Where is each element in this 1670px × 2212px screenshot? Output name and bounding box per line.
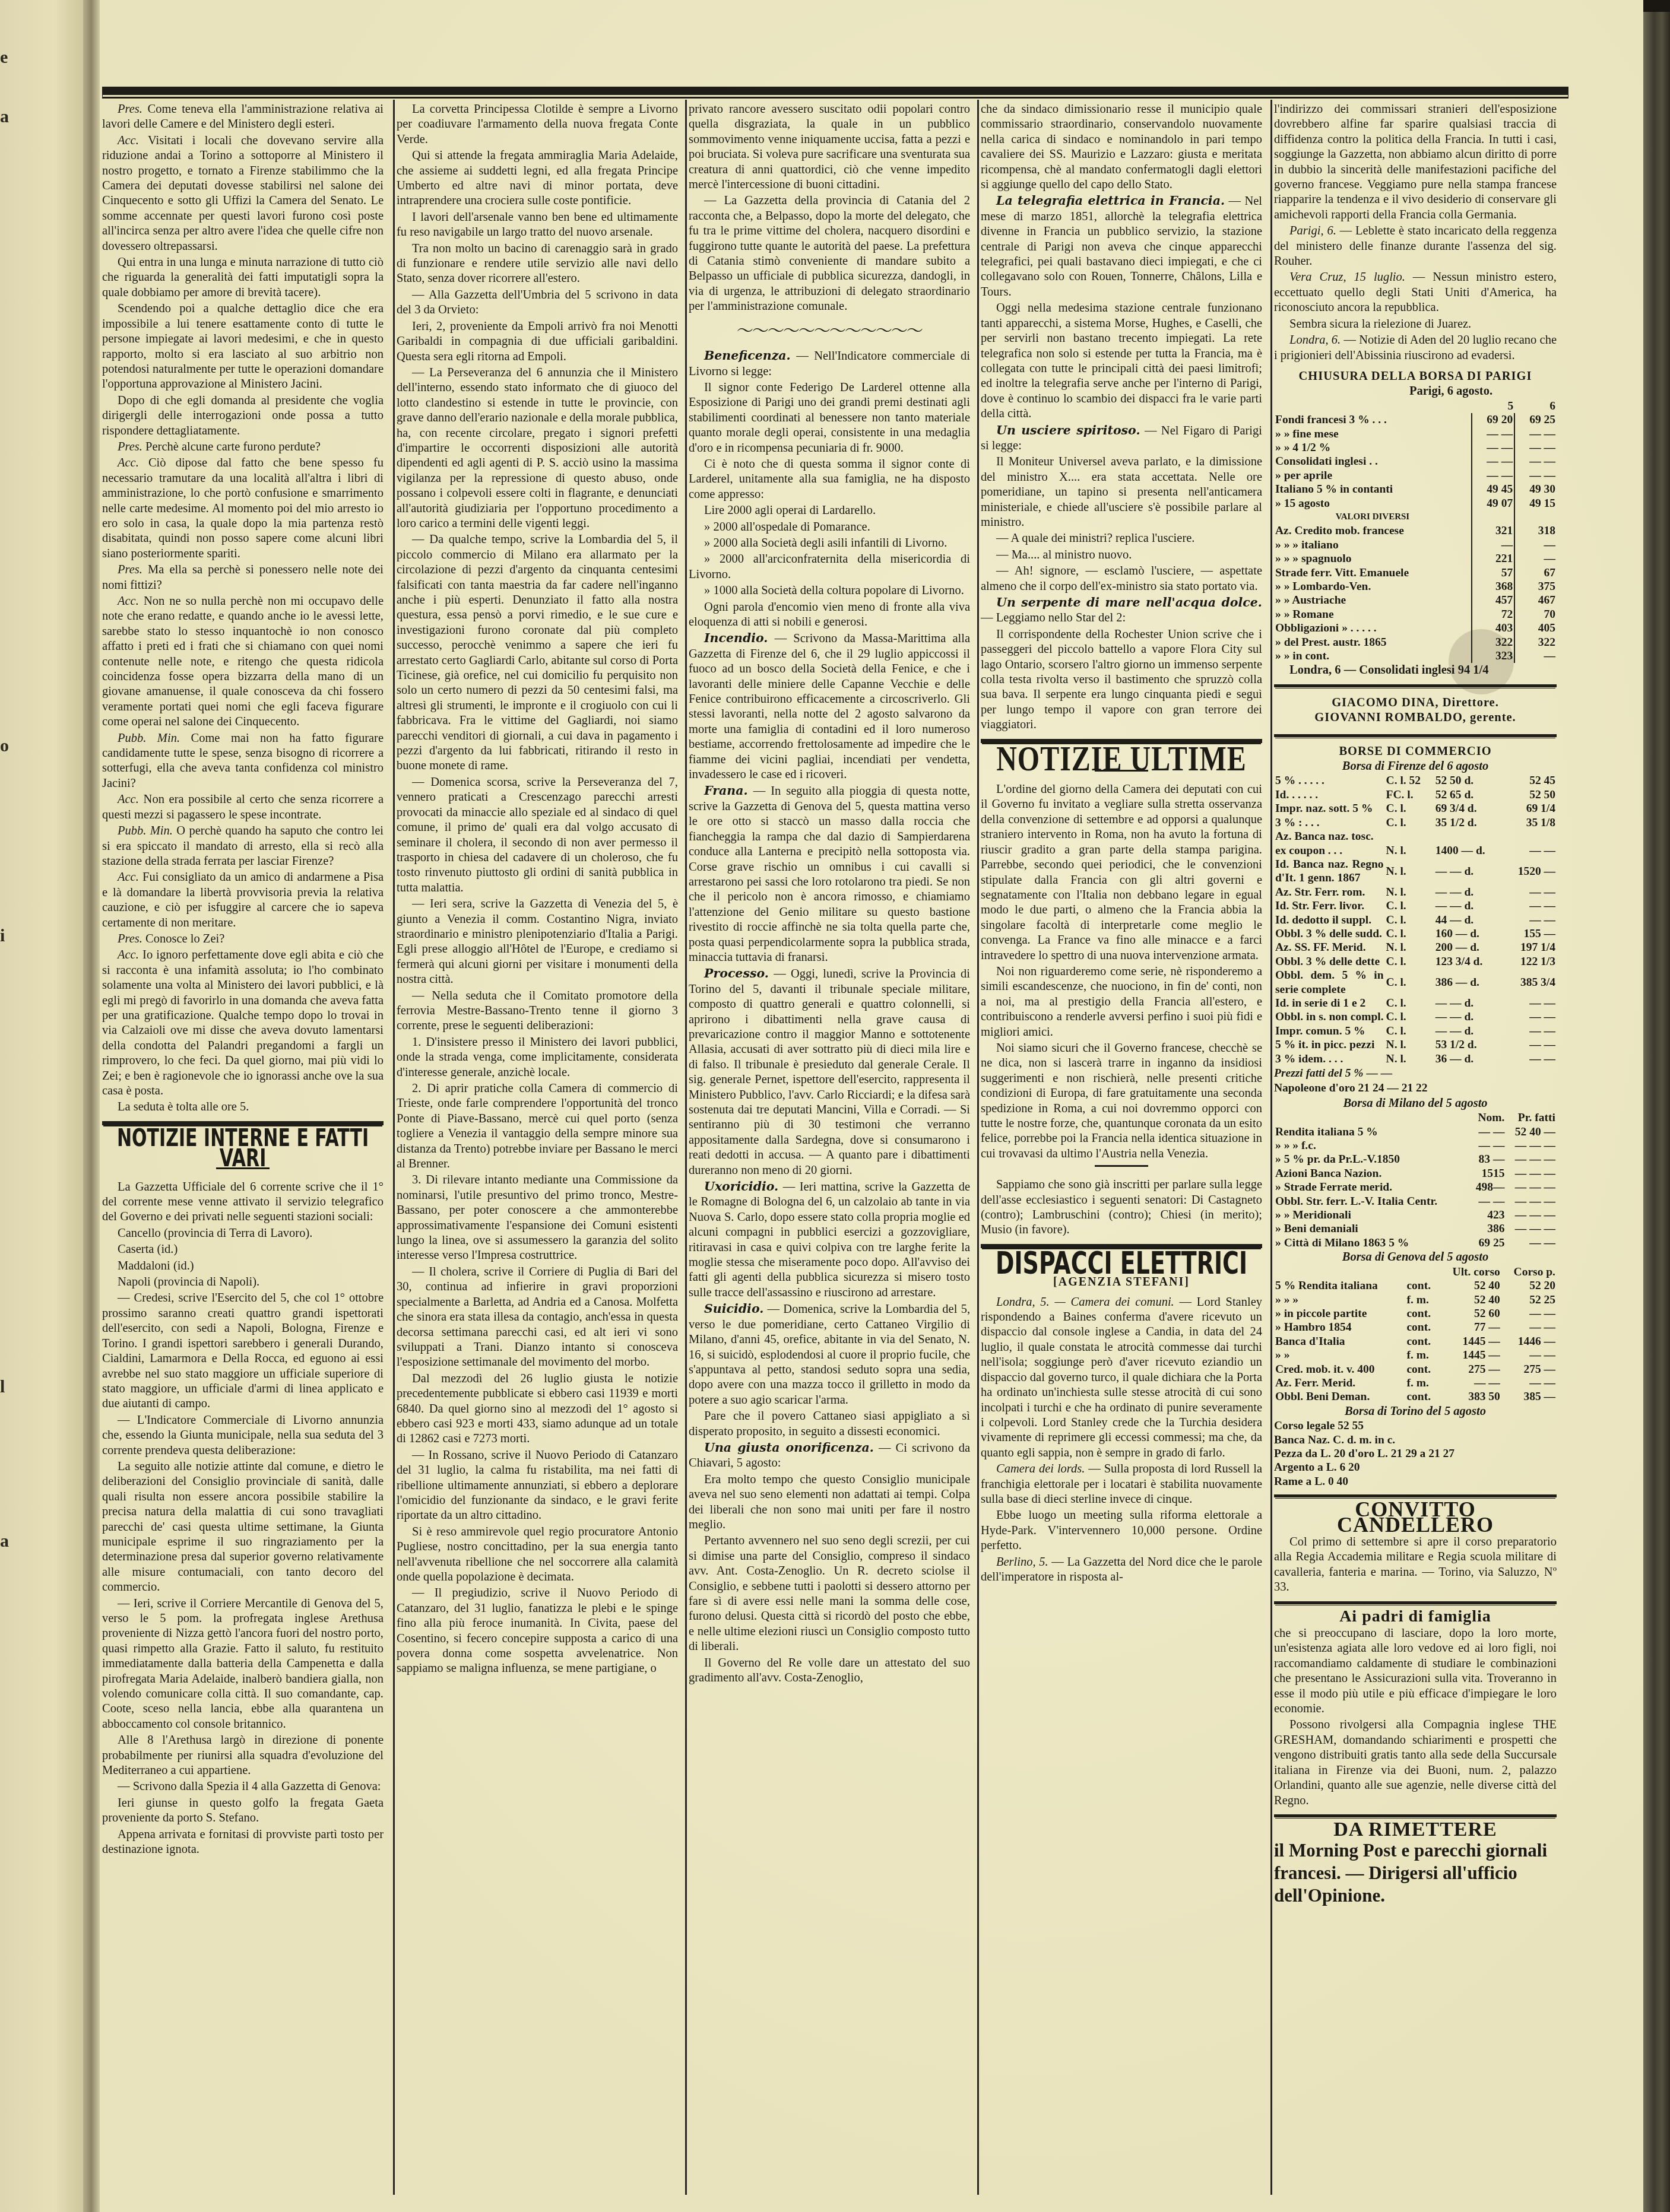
column-2: La corvetta Principessa Clotilde è sempr… bbox=[397, 102, 678, 1678]
ad-rimettere-text: il Morning Post e parecchi giornali fran… bbox=[1274, 1839, 1557, 1907]
news-para: — Scrivono dalla Spezia il 4 alla Gazzet… bbox=[102, 1779, 384, 1794]
trial-para: Acc. Ciò dipose dal fatto che bene spess… bbox=[102, 456, 384, 561]
margin-fragment: l bbox=[0, 1377, 5, 1397]
news-para: — Da qualche tempo, scrive la Lombardia … bbox=[397, 532, 678, 774]
torino-line: Corso legale 52 55 bbox=[1274, 1419, 1557, 1433]
trial-para: Acc. Visitati i locali che dovevano serv… bbox=[102, 134, 384, 254]
news-item: La telegrafia elettrica in Francia. — Ne… bbox=[981, 193, 1262, 300]
news-para: — Ieri, scrive il Corriere Mercantile di… bbox=[102, 1597, 384, 1732]
borsa-firenze-title: Borsa di Firenze del 6 agosto bbox=[1274, 759, 1557, 774]
news-para: Alle 8 l'Arethusa largò in direzione di … bbox=[102, 1733, 384, 1778]
table-row: » » » spagnuolo221— bbox=[1274, 552, 1557, 566]
news-para: L'ordine del giorno della Camera dei dep… bbox=[981, 782, 1262, 963]
table-row: 5 % it. in picc. pezziN. l.53 1/2 d.— — bbox=[1274, 1038, 1557, 1052]
section-rule bbox=[1274, 734, 1557, 737]
news-item: Una giusta onorificenza. — Ci scrivono d… bbox=[689, 1440, 970, 1471]
london-consols: Londra, 6 — Consolidati inglesi 94 1/4 bbox=[1274, 663, 1557, 678]
news-item: Il Moniteur Universel aveva parlato, e l… bbox=[981, 455, 1262, 530]
station-item: Caserta (id.) bbox=[102, 1242, 384, 1257]
news-para: Sappiamo che sono già inscritti per parl… bbox=[981, 1178, 1262, 1238]
news-para: Noi non riguarderemo come serie, nè risp… bbox=[981, 964, 1262, 1040]
dispatch: Vera Cruz, 15 luglio. — Nessun ministro … bbox=[1274, 270, 1557, 315]
manager-signature: GIOVANNI ROMBALDO, gerente. bbox=[1274, 710, 1557, 725]
station-item: Napoli (provincia di Napoli). bbox=[102, 1275, 384, 1290]
news-item: Incendio. — Scrivono da Massa-Marittima … bbox=[689, 631, 970, 782]
table-row: Consolidati inglesi . .— —— — bbox=[1274, 455, 1557, 468]
column-rule bbox=[685, 100, 687, 2195]
dispatch: Londra, 6. — Notizie di Aden del 20 lugl… bbox=[1274, 333, 1557, 363]
news-item: Processo. — Oggi, lunedì, scrive la Prov… bbox=[689, 966, 970, 1178]
table-row: » 5 % pr. da Pr.L.-V.185083 —— — — bbox=[1274, 1153, 1557, 1166]
news-item: Pare che il povero Cattaneo siasi appigl… bbox=[689, 1409, 970, 1439]
news-para: 3. Di rilevare intanto mediante una Comm… bbox=[397, 1173, 678, 1263]
news-para: — Domenica scorsa, scrive la Perseveranz… bbox=[397, 775, 678, 896]
section-rule bbox=[1274, 1814, 1557, 1817]
table-row: » » » italiano—— bbox=[1274, 538, 1557, 552]
table-row: Cred. mob. it. v. 400cont.275 —275 — bbox=[1274, 1363, 1557, 1376]
news-item: Un serpente di mare nell'acqua dolce. — … bbox=[981, 595, 1262, 626]
table-row: Obbl. dem. 5 % in serie completeC. l.386… bbox=[1274, 969, 1557, 996]
trial-para: La seduta è tolta alle ore 5. bbox=[102, 1100, 384, 1115]
news-para: Noi siamo sicuri che il Governo francese… bbox=[981, 1041, 1262, 1161]
news-para: — Nella seduta che il Comitato promotore… bbox=[397, 989, 678, 1034]
beneficenza-intro: Beneficenza. — Nell'Indicatore commercia… bbox=[689, 348, 970, 379]
table-row: Az. SS. FF. Merid.N. l.200 — d.197 1/4 bbox=[1274, 941, 1557, 954]
table-row: 3 % idem. . . .N. l.36 — d.— — bbox=[1274, 1052, 1557, 1066]
ad-padri-text: Possono rivolgersi alla Compagnia ingles… bbox=[1274, 1718, 1557, 1808]
donation-item: » 2000 all'ospedale di Pomarance. bbox=[689, 520, 970, 535]
dispatch: Berlino, 5. — La Gazzetta del Nord dice … bbox=[981, 1555, 1262, 1585]
borsa-milano-title: Borsa di Milano del 5 agosto bbox=[1274, 1096, 1557, 1111]
table-row: Impr. naz. sott. 5 %C. l.69 3/4 d.69 1/4 bbox=[1274, 802, 1557, 815]
news-para: Ieri, 2, proveniente da Empoli arrivò fr… bbox=[397, 319, 678, 364]
trial-para: Pubb. Min. Come mai non ha fatto figurar… bbox=[102, 731, 384, 792]
ad-padri-text: che si preoccupano di lasciare, dopo la … bbox=[1274, 1626, 1557, 1716]
ad-convitto-text: Col primo di settembre si apre il corso … bbox=[1274, 1535, 1557, 1595]
news-para: — Il cholera, scrive il Corriere di Pugl… bbox=[397, 1265, 678, 1370]
table-row: » »f. m.1445 —— — bbox=[1274, 1348, 1557, 1362]
trial-para: Pres. Conosce lo Zei? bbox=[102, 932, 384, 947]
news-para: 1. D'insistere presso il Ministero dei l… bbox=[397, 1035, 678, 1080]
borse-title: BORSE DI COMMERCIO bbox=[1274, 744, 1557, 759]
news-para: — In Rossano, scrive il Nuovo Periodo di… bbox=[397, 1448, 678, 1524]
table-row: Az. Banca naz. tosc. bbox=[1274, 830, 1557, 843]
trial-para: Acc. Io ignoro perfettamente dove egli a… bbox=[102, 948, 384, 1099]
news-para: che da sindaco dimissionario resse il mu… bbox=[981, 102, 1262, 192]
table-row: » » »f. m.52 4052 25 bbox=[1274, 1293, 1557, 1307]
section-rule bbox=[1274, 1601, 1557, 1604]
station-item: Maddaloni (id.) bbox=[102, 1259, 384, 1274]
table-row: Obbl. 3 % delle detteC. l.123 3/4 d.122 … bbox=[1274, 955, 1557, 969]
table-row: ex coupon . . .N. l.1400 — d.— — bbox=[1274, 844, 1557, 858]
news-item: Era molto tempo che questo Consiglio mun… bbox=[689, 1472, 970, 1533]
torino-line: Argento a L. 6 20 bbox=[1274, 1461, 1557, 1474]
table-row: » del Prest. austr. 1865322322 bbox=[1274, 636, 1557, 649]
table-row: Rendita italiana 5 %— —52 40 — bbox=[1274, 1125, 1557, 1139]
trial-para: Pres. Perchè alcune carte furono perdute… bbox=[102, 440, 384, 455]
table-row: » Strade Ferrate merid.498—— — — bbox=[1274, 1180, 1557, 1194]
section-title-dispacci: DISPACCI ELETTRICI bbox=[981, 1253, 1262, 1274]
donation-item: » 1000 alla Società della coltura popola… bbox=[689, 583, 970, 598]
trial-para: Acc. Non era possibile al certo che senz… bbox=[102, 792, 384, 823]
table-row: VALORI DIVERSI bbox=[1274, 510, 1557, 524]
book-binding-edge bbox=[1643, 12, 1670, 2212]
trial-para: Acc. Fui consigliato da un amico di anda… bbox=[102, 870, 384, 931]
borsa-parigi-date: Parigi, 6 agosto. bbox=[1274, 384, 1557, 399]
trial-para: Acc. Non ne so nulla perchè non mi occup… bbox=[102, 594, 384, 730]
borsa-torino-lines: Corso legale 52 55 Banca Naz. C. d. m. i… bbox=[1274, 1419, 1557, 1489]
ad-convitto-title: CONVITTO CANDELLERO bbox=[1274, 1502, 1557, 1532]
table-row: » in piccole partitecont.52 60— — bbox=[1274, 1307, 1557, 1321]
table-row: » » 4 1/2 %— —— — bbox=[1274, 441, 1557, 455]
table-row: Italiano 5 % in contanti49 4549 30 bbox=[1274, 483, 1557, 496]
table-row: » per aprile— —— — bbox=[1274, 469, 1557, 483]
news-item: Uxoricidio. — Ieri mattina, scrive la Ga… bbox=[689, 1179, 970, 1300]
news-item: — Ma.... al ministro nuovo. bbox=[981, 548, 1262, 563]
prezzi-fatti: Prezzi fatti del 5 % — — bbox=[1274, 1066, 1557, 1081]
napoleone-doro: Napoleone d'oro 21 24 — 21 22 bbox=[1274, 1081, 1557, 1096]
news-para: Ci è noto che di questa somma il signor … bbox=[689, 457, 970, 502]
ad-padri-title: Ai padri di famiglia bbox=[1274, 1609, 1557, 1624]
table-row: Id. Str. Ferr. livor.C. l.— — d.— — bbox=[1274, 899, 1557, 913]
news-para: privato rancore avessero suscitato odii … bbox=[689, 102, 970, 192]
donation-item: » 2000 alla Società degli asili infantil… bbox=[689, 536, 970, 551]
station-item: Cancello (provincia di Terra di Lavoro). bbox=[102, 1226, 384, 1241]
news-para: Ieri giunse in questo golfo la fregata G… bbox=[102, 1796, 384, 1826]
table-row: » Città di Milano 1863 5 %69 25— — bbox=[1274, 1236, 1557, 1250]
top-rule bbox=[102, 87, 1568, 95]
news-para: — Il pregiudizio, scrive il Nuovo Period… bbox=[397, 1586, 678, 1676]
borsa-torino-title: Borsa di Torino del 5 agosto bbox=[1274, 1404, 1557, 1419]
news-para: Dal mezzodì del 26 luglio giusta le noti… bbox=[397, 1372, 678, 1447]
table-row: Impr. comun. 5 %C. l.— — d.— — bbox=[1274, 1024, 1557, 1038]
table-row: Obbl. Str. ferr. L.-V. Italia Centr.— ——… bbox=[1274, 1195, 1557, 1208]
table-row: » » Meridionali423— — — bbox=[1274, 1208, 1557, 1222]
borsa-parigi-title: CHIUSURA DELLA BORSA DI PARIGI bbox=[1274, 369, 1557, 384]
trial-para: Pres. Come teneva ella l'amministrazione… bbox=[102, 102, 384, 132]
news-para: La Gazzetta Ufficiale del 6 corrente scr… bbox=[102, 1180, 384, 1225]
news-item: Pertanto avvennero nel suo seno degli sc… bbox=[689, 1534, 970, 1654]
table-row: » » Romane7270 bbox=[1274, 608, 1557, 621]
news-para: l'indirizzo dei commissari stranieri del… bbox=[1274, 102, 1557, 223]
margin-fragment: o bbox=[0, 736, 9, 756]
column-rule bbox=[977, 100, 979, 2195]
news-para: La corvetta Principessa Clotilde è sempr… bbox=[397, 102, 678, 147]
table-row: Az. Str. Ferr. rom.N. l.— — d.— — bbox=[1274, 886, 1557, 899]
table-row: 5 % Rendita italianacont.52 4052 20 bbox=[1274, 1279, 1557, 1293]
margin-fragment: a bbox=[0, 107, 9, 127]
table-row: Id. dedotto il suppl.C. l.44 — d.— — bbox=[1274, 913, 1557, 927]
news-item: Un usciere spiritoso. — Nel Figaro di Pa… bbox=[981, 423, 1262, 454]
news-para: — Ieri sera, scrive la Gazzetta di Venez… bbox=[397, 897, 678, 987]
table-row: » » Lombardo-Ven.368375 bbox=[1274, 580, 1557, 594]
column-4: che da sindaco dimissionario resse il mu… bbox=[981, 102, 1262, 1586]
adjacent-page-edge: e a o i l a bbox=[0, 0, 89, 2212]
dispatch: Parigi, 6. — Leblette è stato incaricato… bbox=[1274, 224, 1557, 269]
news-item: Suicidio. — Domenica, scrive la Lombardi… bbox=[689, 1302, 970, 1408]
borsa-genova-title: Borsa di Genova del 5 agosto bbox=[1274, 1250, 1557, 1265]
director-signature: GIACOMO DINA, Direttore. bbox=[1274, 696, 1557, 710]
borsa-milano-table: Nom.Pr. fatti Rendita italiana 5 %— —52 … bbox=[1274, 1111, 1557, 1250]
trial-para: Pubb. Min. O perchè quando ha saputo che… bbox=[102, 824, 384, 869]
torino-line: Rame a L. 0 40 bbox=[1274, 1475, 1557, 1489]
section-rule bbox=[1274, 684, 1557, 687]
news-para: Il signor conte Federigo De Larderel ott… bbox=[689, 380, 970, 456]
table-row: Obbl. 3 % delle sudd.C. l.160 — d.155 — bbox=[1274, 927, 1557, 941]
news-item: Il Governo del Re volle dare un attestat… bbox=[689, 1656, 970, 1686]
dispatch: Sembra sicura la rielezione di Juarez. bbox=[1274, 317, 1557, 332]
table-row: Obbligazioni » . . . . .403405 bbox=[1274, 621, 1557, 635]
dispatch: Ebbe luogo un meeting sulla riforma elet… bbox=[981, 1508, 1262, 1553]
section-title-notizie-interne: NOTIZIE INTERNE E FATTI VARI bbox=[102, 1128, 384, 1169]
table-row: » » fine mese— —— — bbox=[1274, 427, 1557, 441]
margin-fragment: a bbox=[0, 1531, 9, 1551]
news-item: Il corrispondente della Rochester Union … bbox=[981, 627, 1262, 733]
ad-rimettere-title: DA RIMETTERE bbox=[1274, 1822, 1557, 1837]
margin-fragment: i bbox=[0, 926, 5, 946]
news-item: Oggi nella medesima stazione centrale fu… bbox=[981, 301, 1262, 421]
table-row: Obbl. Beni Deman.cont.383 50385 — bbox=[1274, 1390, 1557, 1404]
trial-para: Dopo di che egli domanda al presidente c… bbox=[102, 393, 384, 439]
news-para: — La Perseveranza del 6 annunzia che il … bbox=[397, 366, 678, 531]
borsa-firenze-table: 5 % . . . . .C. l. 5252 50 d.52 45 Id. .… bbox=[1274, 774, 1557, 1066]
table-row: Azioni Banca Nazion.1515— — — bbox=[1274, 1167, 1557, 1180]
table-row: 3 % : . . .C. l.35 1/2 d.35 1/8 bbox=[1274, 816, 1557, 830]
table-row: Obbl. in s. non compl.C. l.— — d.— — bbox=[1274, 1010, 1557, 1024]
table-row: » Beni demaniali386— — — bbox=[1274, 1222, 1557, 1236]
news-para: — Alla Gazzetta dell'Umbria del 5 scrivo… bbox=[397, 288, 678, 318]
news-para: I lavori dell'arsenale vanno ben bene ed… bbox=[397, 210, 678, 240]
table-row: » 15 agosto49 0749 15 bbox=[1274, 497, 1557, 510]
column-1: Pres. Come teneva ella l'amministrazione… bbox=[102, 102, 384, 1859]
donation-item: » 2000 all'arciconfraternita della miser… bbox=[689, 552, 970, 582]
table-row: Banca d'Italiacont.1445 —1446 — bbox=[1274, 1335, 1557, 1348]
news-item: — A quale dei ministri? replica l'uscier… bbox=[981, 531, 1262, 546]
news-item: — Ah! signore, — esclamò l'usciere, — as… bbox=[981, 564, 1262, 594]
trial-para: Qui entra in una lunga e minuta narrazio… bbox=[102, 255, 384, 300]
news-para: La seguito alle notizie attinte dal comu… bbox=[102, 1459, 384, 1595]
borsa-parigi-table: 56 Fondi francesi 3 % . . .69 2069 25 » … bbox=[1274, 399, 1557, 664]
table-row: Strade ferr. Vitt. Emanuele5767 bbox=[1274, 566, 1557, 580]
table-row: Az. Ferr. Merid.f. m.— —— — bbox=[1274, 1376, 1557, 1390]
table-row: 5 % . . . . .C. l. 5252 50 d.52 45 bbox=[1274, 774, 1557, 788]
column-3: privato rancore avessero suscitato odii … bbox=[689, 102, 970, 1687]
news-item: Frana. — In seguito alla pioggia di ques… bbox=[689, 783, 970, 965]
torino-line: Banca Naz. C. d. m. in c. bbox=[1274, 1433, 1557, 1447]
table-row: » » Austriache457467 bbox=[1274, 594, 1557, 607]
news-para: Tra non molto un bacino di carenaggio sa… bbox=[397, 242, 678, 287]
table-row: Id. Banca naz. Regno d'It. 1 genn. 1867N… bbox=[1274, 858, 1557, 886]
news-para: — Credesi, scrive l'Esercito del 5, che … bbox=[102, 1291, 384, 1411]
table-row: Az. Credito mob. francese321318 bbox=[1274, 524, 1557, 538]
trial-para: Pres. Ma ella sa perchè si ponessero nel… bbox=[102, 563, 384, 593]
dispatch: Londra, 5. — Camera dei comuni. — Lord S… bbox=[981, 1295, 1262, 1461]
table-row: Id. . . . . .FC. l.52 65 d.52 50 bbox=[1274, 788, 1557, 802]
ornamental-divider: 〜〜〜〜〜〜〜〜〜〜〜〜 bbox=[689, 324, 970, 339]
news-para: Si è reso ammirevole quel regio procurat… bbox=[397, 1525, 678, 1585]
short-rule bbox=[1095, 1165, 1148, 1167]
column-rule bbox=[393, 100, 395, 2195]
table-row: » » » f.c.— —— — — bbox=[1274, 1139, 1557, 1153]
news-para: — La Gazzetta della provincia di Catania… bbox=[689, 193, 970, 314]
news-para: Appena arrivata e fornitasi di provviste… bbox=[102, 1827, 384, 1858]
margin-fragment: e bbox=[0, 47, 8, 68]
news-para: Ogni parola d'encomio vien meno di front… bbox=[689, 600, 970, 630]
donation-item: Lire 2000 agli operai di Lardarello. bbox=[689, 503, 970, 518]
table-row: Id. in serie di 1 e 2C. l.— — d.— — bbox=[1274, 996, 1557, 1010]
section-title-notizie-ultime: NOTIZIE ULTIME bbox=[981, 749, 1262, 768]
table-row: » » in cont.323— bbox=[1274, 649, 1557, 663]
table-row: Fondi francesi 3 % . . .69 2069 25 bbox=[1274, 413, 1557, 427]
book-gutter bbox=[83, 0, 101, 2212]
news-para: Qui si attende la fregata ammiraglia Mar… bbox=[397, 148, 678, 209]
news-para: — L'Indicatore Commerciale di Livorno an… bbox=[102, 1413, 384, 1458]
borsa-genova-table: Ult. corsoCorso p. 5 % Rendita italianac… bbox=[1274, 1265, 1557, 1404]
torino-line: Pezza da L. 20 d'oro L. 21 29 a 21 27 bbox=[1274, 1447, 1557, 1461]
trial-para: Scendendo poi a qualche dettaglio dice c… bbox=[102, 302, 384, 392]
news-para: 2. Di aprir pratiche colla Camera di com… bbox=[397, 1081, 678, 1172]
column-5: l'indirizzo dei commissari stranieri del… bbox=[1274, 102, 1557, 1907]
table-row: » Hambro 1854cont.77 —— — bbox=[1274, 1321, 1557, 1334]
dispatch: Camera dei lords. — Sulla proposta di lo… bbox=[981, 1462, 1262, 1507]
column-rule bbox=[1270, 100, 1272, 2195]
